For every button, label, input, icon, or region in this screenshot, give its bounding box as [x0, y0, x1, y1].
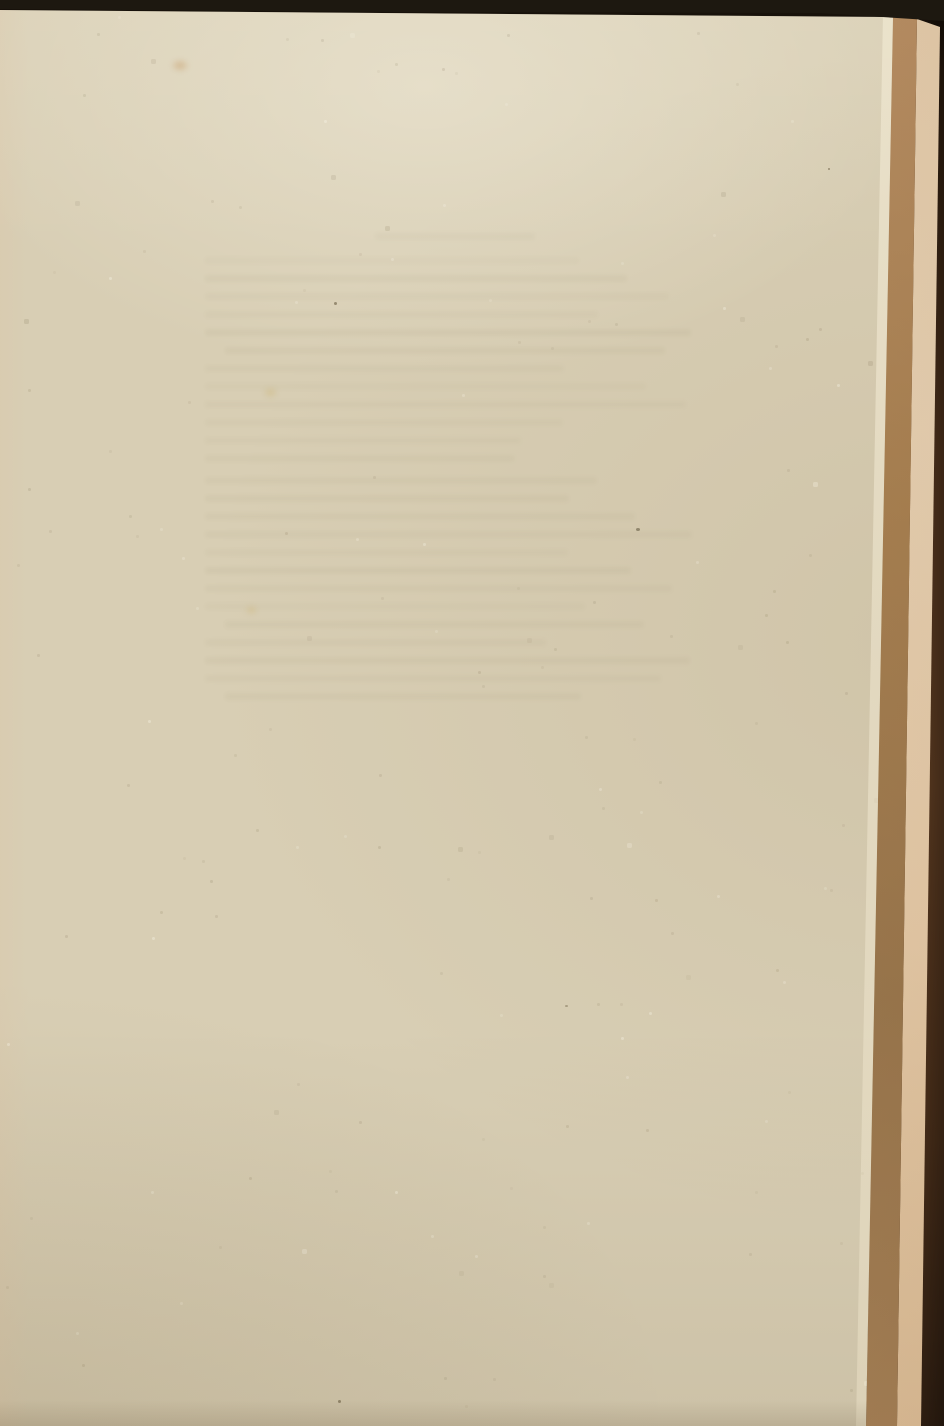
bleedthrough-line: [205, 585, 672, 592]
paper-speck: [565, 1005, 568, 1007]
bleedthrough-line: [205, 639, 546, 646]
bleedthrough-line: [205, 531, 692, 538]
bleedthrough-line: [225, 347, 665, 354]
paper-speck: [828, 168, 830, 170]
bleedthrough-line: [205, 419, 563, 426]
bleedthrough-line: [205, 401, 686, 408]
bleedthrough-line: [205, 477, 597, 484]
bleedthrough-line: [205, 437, 521, 444]
bleedthrough-line: [205, 329, 691, 336]
paper-stain: [262, 386, 279, 399]
bleedthrough-line: [205, 275, 627, 282]
paper-speck: [334, 302, 337, 305]
bleedthrough-line: [205, 365, 564, 372]
paper-speck: [636, 528, 640, 531]
bleedthrough-line: [205, 495, 569, 502]
bleedthrough-line: [205, 549, 568, 556]
bleedthrough-line: [375, 233, 535, 240]
bleedthrough-line: [205, 603, 585, 610]
bleedthrough-line: [205, 657, 690, 664]
bleedthrough-line: [205, 675, 661, 682]
paper-stain: [170, 58, 190, 73]
bleedthrough-line: [205, 311, 598, 318]
bleedthrough-line: [205, 293, 669, 300]
bleedthrough-line: [205, 257, 579, 264]
text-bleedthrough: [205, 233, 705, 723]
bleedthrough-line: [205, 567, 631, 574]
page-bottom-shadow: [0, 1400, 894, 1426]
blank-page: [0, 0, 944, 1426]
bleedthrough-line: [225, 693, 581, 700]
paper-stain: [244, 604, 259, 616]
bleedthrough-line: [205, 455, 515, 462]
book-scan: [0, 0, 944, 1426]
bleedthrough-line: [225, 621, 644, 628]
bleedthrough-line: [205, 513, 635, 520]
